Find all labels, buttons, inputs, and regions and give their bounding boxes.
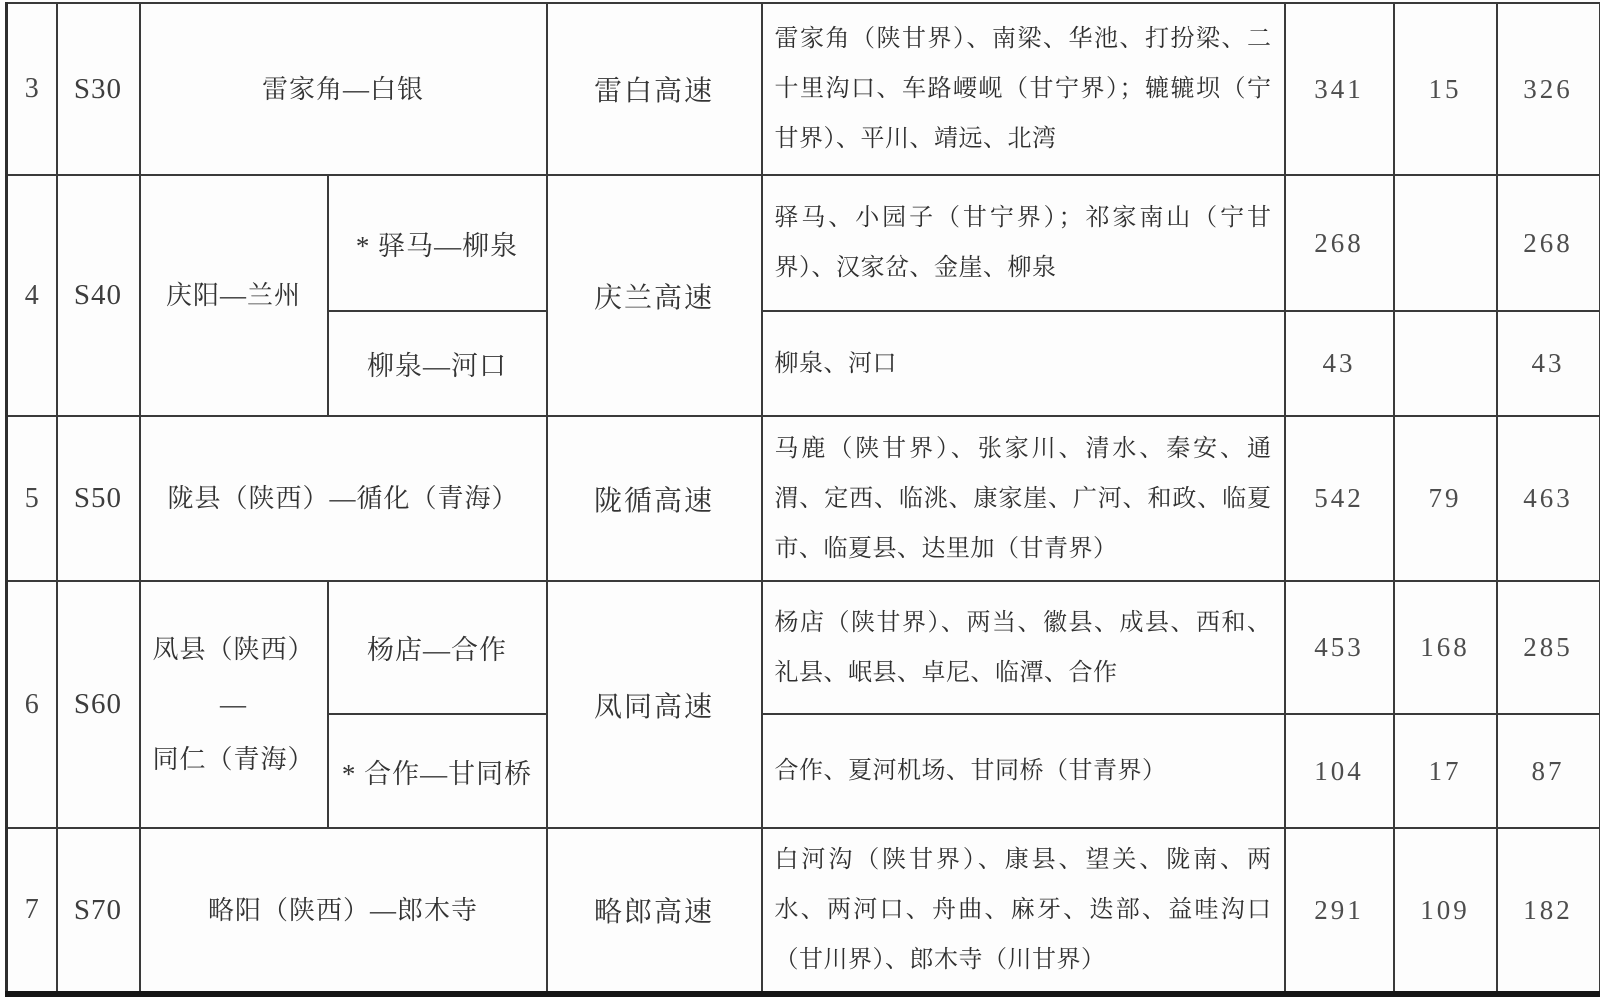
row-number-cell: 3 <box>7 3 57 175</box>
route-section-cell: * 合作—甘同桥 <box>328 714 547 828</box>
control-points-cell: 白河沟（陕甘界）、康县、望关、陇南、两水、两河口、舟曲、麻牙、迭部、益哇沟口（甘… <box>762 828 1285 981</box>
mileage-total-cell: 542 <box>1285 416 1394 581</box>
route-section-cell: 柳泉—河口 <box>328 311 547 416</box>
route-name-cell: 凤县（陕西）— 同仁（青海） <box>140 581 328 828</box>
mileage-planned-cell: 182 <box>1497 828 1600 981</box>
route-code-cell: S50 <box>57 416 140 581</box>
route-name-cell: 陇县（陕西）—循化（青海） <box>140 416 547 581</box>
route-name-cell: 略阳（陕西）—郎木寺 <box>140 828 547 981</box>
table-row: 4 S40 庆阳—兰州 * 驿马—柳泉 庆兰高速 驿马、小园子（甘宁界）；祁家南… <box>7 175 1600 311</box>
mileage-total-cell: 268 <box>1285 175 1394 311</box>
highway-table: 3 S30 雷家角—白银 雷白高速 雷家角（陕甘界）、南梁、华池、打扮梁、二十里… <box>5 2 1600 981</box>
route-code-cell: S70 <box>57 828 140 981</box>
row-number-cell: 5 <box>7 416 57 581</box>
mileage-total-cell: 341 <box>1285 3 1394 175</box>
mileage-planned-cell: 87 <box>1497 714 1600 828</box>
mileage-existing-cell: 15 <box>1394 3 1497 175</box>
mileage-existing-cell <box>1394 311 1497 416</box>
table-row: 5 S50 陇县（陕西）—循化（青海） 陇循高速 马鹿（陕甘界）、张家川、清水、… <box>7 416 1600 581</box>
mileage-existing-cell: 17 <box>1394 714 1497 828</box>
expressway-name-cell: 雷白高速 <box>547 3 762 175</box>
mileage-planned-cell: 285 <box>1497 581 1600 714</box>
route-code-cell: S60 <box>57 581 140 828</box>
table-row: 6 S60 凤县（陕西）— 同仁（青海） 杨店—合作 凤同高速 杨店（陕甘界）、… <box>7 581 1600 714</box>
scanned-document-page: 3 S30 雷家角—白银 雷白高速 雷家角（陕甘界）、南梁、华池、打扮梁、二十里… <box>0 0 1600 981</box>
mileage-planned-cell: 463 <box>1497 416 1600 581</box>
control-points-cell: 杨店（陕甘界）、两当、徽县、成县、西和、礼县、岷县、卓尼、临潭、合作 <box>762 581 1285 714</box>
control-points-cell: 合作、夏河机场、甘同桥（甘青界） <box>762 714 1285 828</box>
route-code-cell: S40 <box>57 175 140 416</box>
mileage-existing-cell: 109 <box>1394 828 1497 981</box>
mileage-existing-cell: 168 <box>1394 581 1497 714</box>
control-points-cell: 雷家角（陕甘界）、南梁、华池、打扮梁、二十里沟口、车路崾岘（甘宁界）；辘辘坝（宁… <box>762 3 1285 175</box>
row-number-cell: 4 <box>7 175 57 416</box>
row-number-cell: 6 <box>7 581 57 828</box>
mileage-total-cell: 43 <box>1285 311 1394 416</box>
expressway-name-cell: 陇循高速 <box>547 416 762 581</box>
mileage-planned-cell: 268 <box>1497 175 1600 311</box>
control-points-cell: 马鹿（陕甘界）、张家川、清水、秦安、通渭、定西、临洮、康家崖、广河、和政、临夏市… <box>762 416 1285 581</box>
expressway-name-cell: 略郎高速 <box>547 828 762 981</box>
control-points-cell: 柳泉、河口 <box>762 311 1285 416</box>
table-row: 3 S30 雷家角—白银 雷白高速 雷家角（陕甘界）、南梁、华池、打扮梁、二十里… <box>7 3 1600 175</box>
mileage-existing-cell: 79 <box>1394 416 1497 581</box>
table-row: 7 S70 略阳（陕西）—郎木寺 略郎高速 白河沟（陕甘界）、康县、望关、陇南、… <box>7 828 1600 981</box>
route-name-cell: 庆阳—兰州 <box>140 175 328 416</box>
mileage-planned-cell: 43 <box>1497 311 1600 416</box>
route-code-cell: S30 <box>57 3 140 175</box>
mileage-planned-cell: 326 <box>1497 3 1600 175</box>
mileage-total-cell: 291 <box>1285 828 1394 981</box>
expressway-name-cell: 凤同高速 <box>547 581 762 828</box>
mileage-existing-cell <box>1394 175 1497 311</box>
mileage-total-cell: 453 <box>1285 581 1394 714</box>
expressway-name-cell: 庆兰高速 <box>547 175 762 416</box>
route-section-cell: 杨店—合作 <box>328 581 547 714</box>
mileage-total-cell: 104 <box>1285 714 1394 828</box>
route-name-cell: 雷家角—白银 <box>140 3 547 175</box>
route-section-cell: * 驿马—柳泉 <box>328 175 547 311</box>
row-number-cell: 7 <box>7 828 57 981</box>
control-points-cell: 驿马、小园子（甘宁界）；祁家南山（宁甘界）、汉家岔、金崖、柳泉 <box>762 175 1285 311</box>
